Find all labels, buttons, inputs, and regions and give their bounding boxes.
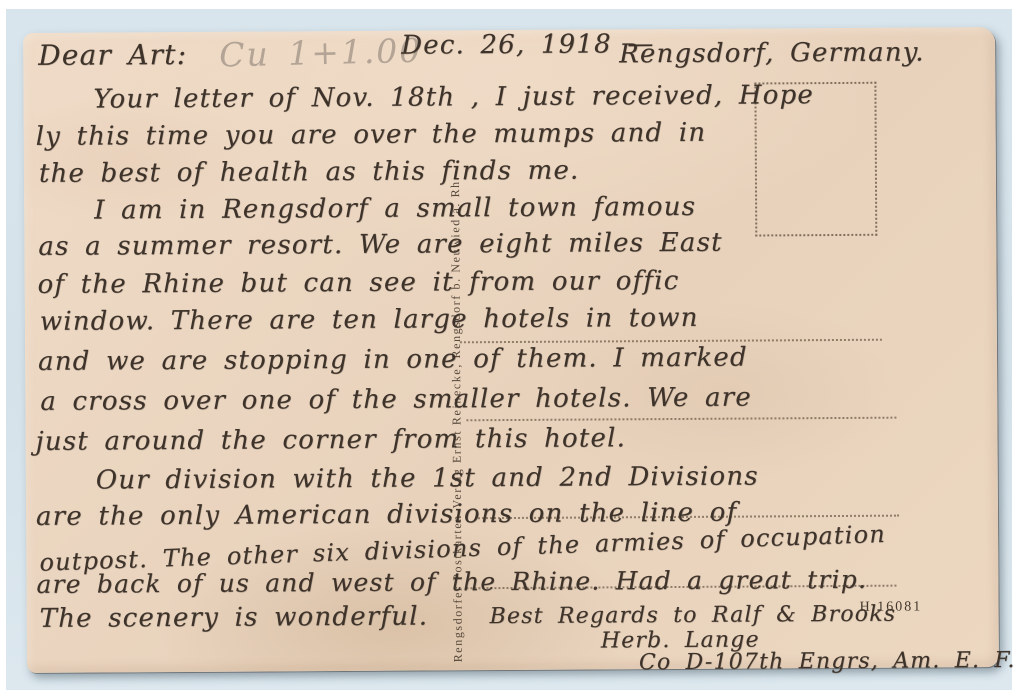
handwriting-line: are the only American divisions on the l… <box>36 498 738 532</box>
salutation: Dear Art: <box>38 38 187 72</box>
handwriting-line: Our division with the 1st and 2nd Divisi… <box>96 461 759 495</box>
place-line: Rengsdorf, Germany. <box>619 37 925 69</box>
date-line: Dec. 26, 1918 — <box>401 29 655 61</box>
handwriting-line: of the Rhine but can see it from our off… <box>38 266 680 300</box>
address-rule-line <box>466 417 896 422</box>
handwriting-line: I am in Rengsdorf a small town famous <box>94 192 696 226</box>
pencil-price-note: Cu 1+1.00 <box>219 31 423 75</box>
handwriting-line: just around the corner from this hotel. <box>35 423 626 457</box>
handwriting-line: as a summer resort. We are eight miles E… <box>38 228 723 262</box>
handwriting-line: a cross over one of the smaller hotels. … <box>40 383 752 417</box>
postcard-back: Rengsdorfer Postkarten-Verlag Ernst Rein… <box>23 27 999 673</box>
handwriting-line: window. There are ten large hotels in to… <box>40 303 699 337</box>
handwriting-line: are back of us and west of the Rhine. Ha… <box>36 565 867 599</box>
handwriting-line: Your letter of Nov. 18th , I just receiv… <box>93 80 814 114</box>
handwriting-line: the best of health as this finds me. <box>39 156 580 189</box>
handwriting-line: The scenery is wonderful. <box>40 602 429 634</box>
signature-unit: Co D-107th Engrs, Am. E. F. <box>639 648 1016 675</box>
handwriting-line: ly this time you are over the mumps and … <box>36 118 707 152</box>
signature-regards: Best Regards to Ralf & Brooks <box>490 602 897 629</box>
handwriting-line: and we are stopping in one of them. I ma… <box>38 343 748 377</box>
